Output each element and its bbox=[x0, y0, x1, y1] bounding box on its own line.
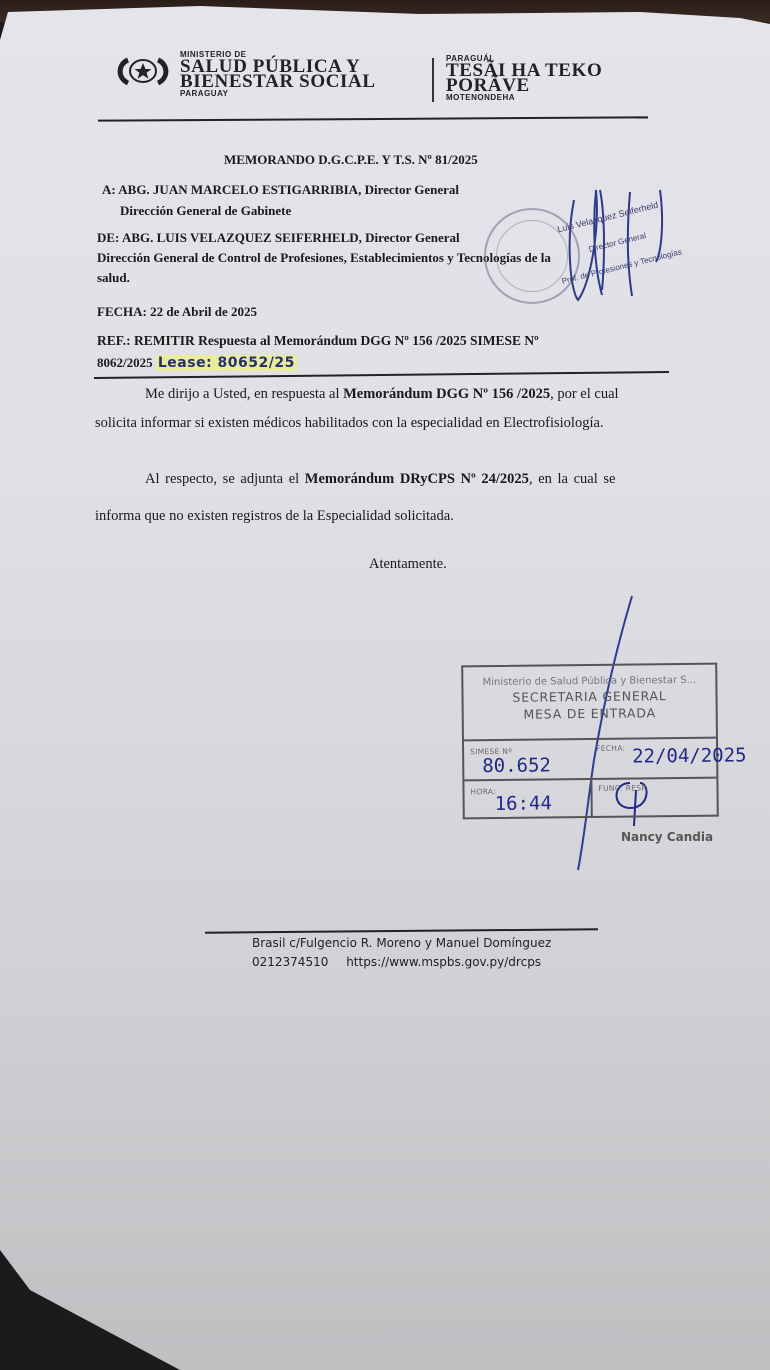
paragraph-1-line-2: solicita informar si existen médicos hab… bbox=[95, 415, 604, 432]
footer-url[interactable]: https://www.mspbs.gov.py/drcps bbox=[346, 955, 541, 969]
ref-label: REF.: bbox=[97, 333, 131, 348]
p1-text-bold: Memorándum DGG Nº 156 /2025 bbox=[343, 386, 550, 402]
document-page: MINISTERIO DE SALUD PÚBLICA Y BIENESTAR … bbox=[0, 0, 770, 1370]
paragraph-2-line-2: informa que no existen registros de la E… bbox=[95, 508, 454, 525]
paragraph-1-line-1: Me dirijo a Usted, en respuesta al Memor… bbox=[145, 386, 619, 403]
signature-stamp-title: Director General bbox=[588, 231, 647, 254]
from-department: Dirección General de Control de Profesio… bbox=[97, 250, 551, 266]
from-department-cont: salud. bbox=[97, 270, 130, 286]
func-resp-label: FUNC. RESP. bbox=[598, 783, 647, 793]
footer-address: Brasil c/Fulgencio R. Moreno y Manuel Do… bbox=[252, 934, 551, 953]
reception-stamp-desk: MESA DE ENTRADA bbox=[464, 705, 716, 723]
footer: Brasil c/Fulgencio R. Moreno y Manuel Do… bbox=[252, 934, 551, 972]
hora-value: 16:44 bbox=[495, 792, 552, 815]
header-rule bbox=[98, 116, 648, 121]
date-line: FECHA: 22 de Abril de 2025 bbox=[97, 304, 257, 320]
guarani-slogan: PARAGUÁI TESÃI HA TEKO PORÃVE MOTENONDEH… bbox=[446, 54, 602, 102]
ref-rule bbox=[94, 371, 669, 379]
fecha-value: 22/04/2025 bbox=[632, 744, 747, 767]
fecha-label: FECHA: bbox=[596, 744, 625, 753]
reception-stamp-row-1: SIMESE Nº 80.652 FECHA: 22/04/2025 bbox=[464, 737, 716, 782]
p2-text-b: , en la cual se bbox=[529, 471, 616, 487]
ref-line-2: 8062/2025 Lease: 80652/25 bbox=[97, 355, 297, 371]
ministry-name: MINISTERIO DE SALUD PÚBLICA Y BIENESTAR … bbox=[180, 50, 376, 98]
p1-text-a: Me dirijo a Usted, en respuesta al bbox=[145, 386, 343, 402]
footer-rule bbox=[205, 928, 598, 933]
hora-label: HORA: bbox=[470, 787, 496, 796]
ref-text: REMITIR Respuesta al Memorándum DGG Nº 1… bbox=[134, 333, 539, 348]
ref-line: REF.: REMITIR Respuesta al Memorándum DG… bbox=[97, 333, 539, 349]
from-name: ABG. LUIS VELAZQUEZ SEIFERHELD, Director… bbox=[122, 230, 460, 245]
header-divider bbox=[432, 58, 434, 102]
signature-stamp-name: Luis Velazquez Seiferheld bbox=[556, 200, 659, 235]
from-label: DE: bbox=[97, 230, 119, 245]
p2-text-bold: Memorándum DRyCPS Nº 24/2025 bbox=[305, 471, 529, 487]
footer-contact: 0212374510 https://www.mspbs.gov.py/drcp… bbox=[252, 953, 551, 972]
p2-text-a: Al respecto, se adjunta el bbox=[145, 471, 305, 487]
coat-of-arms-icon bbox=[114, 56, 172, 86]
reception-stamp-row-2: HORA: 16:44 FUNC. RESP. bbox=[464, 777, 716, 818]
reception-stamp-header: Ministerio de Salud Pública y Bienestar … bbox=[463, 665, 716, 742]
paragraph-2-line-1: Al respecto, se adjunta el Memorándum DR… bbox=[145, 471, 615, 488]
to-label: A: bbox=[102, 182, 116, 197]
footer-phone: 0212374510 bbox=[252, 953, 328, 972]
p1-text-b: , por el cual bbox=[550, 386, 618, 402]
closing: Atentamente. bbox=[369, 556, 447, 573]
reception-stamp-office: SECRETARIA GENERAL bbox=[463, 688, 715, 706]
from-line: DE: ABG. LUIS VELAZQUEZ SEIFERHELD, Dire… bbox=[97, 230, 460, 246]
to-department: Dirección General de Gabinete bbox=[120, 203, 291, 219]
ref-number: 8062/2025 bbox=[97, 355, 153, 370]
ministry-line2: BIENESTAR SOCIAL bbox=[180, 74, 376, 89]
ref-handwritten-note: Lease: 80652/25 bbox=[156, 355, 297, 371]
to-line: A: ABG. JUAN MARCELO ESTIGARRIBIA, Direc… bbox=[102, 182, 459, 198]
date-value: 22 de Abril de 2025 bbox=[150, 304, 257, 319]
reception-stamp: Ministerio de Salud Pública y Bienestar … bbox=[461, 663, 719, 820]
letterhead: MINISTERIO DE SALUD PÚBLICA Y BIENESTAR … bbox=[114, 50, 654, 105]
receiver-name: Nancy Candia bbox=[621, 830, 713, 844]
reception-stamp-ministry: Ministerio de Salud Pública y Bienestar … bbox=[463, 675, 715, 689]
to-name: ABG. JUAN MARCELO ESTIGARRIBIA, Director… bbox=[118, 182, 459, 197]
memo-title: MEMORANDO D.G.C.P.E. Y T.S. Nº 81/2025 bbox=[224, 152, 478, 168]
simese-value: 80.652 bbox=[482, 754, 551, 777]
date-label: FECHA: bbox=[97, 304, 147, 319]
